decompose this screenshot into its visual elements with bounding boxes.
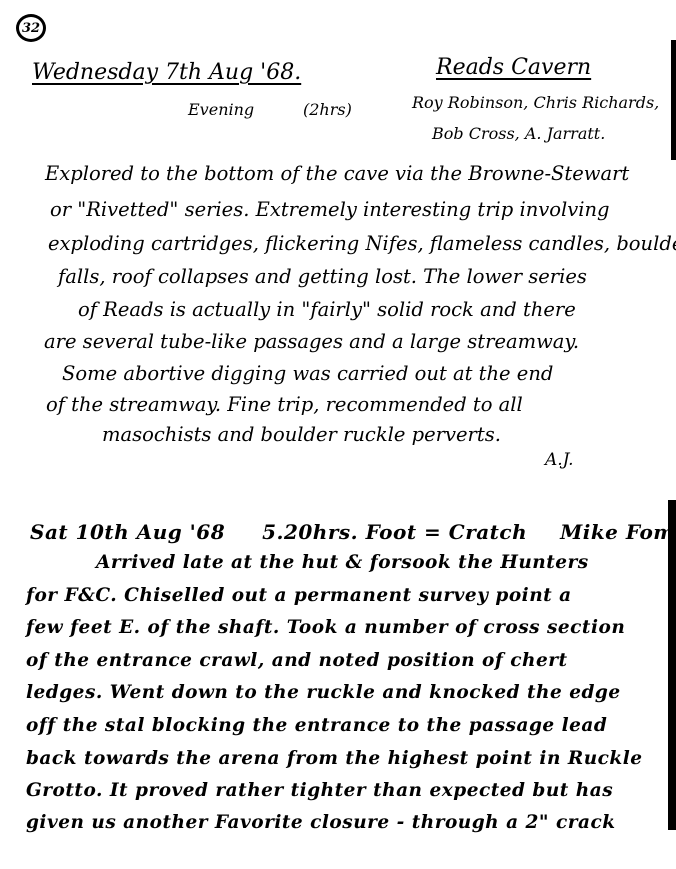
scan-edge — [668, 500, 676, 830]
cave-name: Reads Cavern — [436, 55, 591, 80]
text-line: Some abortive digging was carried out at… — [62, 362, 553, 385]
entry-duration: 5.20hrs. — [262, 520, 358, 544]
entry-duration: (2hrs) — [303, 100, 352, 119]
text-line: Explored to the bottom of the cave via t… — [45, 162, 629, 185]
text-line: given us another Favorite closure - thro… — [26, 812, 616, 833]
text-line: Arrived late at the hut & forsook the Hu… — [96, 552, 589, 573]
entry-date: Wednesday 7th Aug '68. — [32, 60, 301, 85]
entry-header: Sat 10th Aug '68 5.20hrs. Foot = Cratch … — [30, 520, 676, 544]
party-members: Bob Cross, A. Jarratt. — [432, 124, 605, 143]
signature: A.J. — [545, 450, 574, 470]
text-line: are several tube-like passages and a lar… — [44, 330, 579, 353]
text-line: Grotto. It proved rather tighter than ex… — [26, 780, 613, 801]
text-line: exploding cartridges, flickering Nifes, … — [48, 232, 676, 255]
text-line: of the streamway. Fine trip, recommended… — [46, 393, 523, 416]
page-number: 32 — [16, 14, 46, 42]
text-line: off the stal blocking the entrance to th… — [26, 715, 607, 736]
entry-time: Evening — [188, 100, 254, 119]
text-line: of the entrance crawl, and noted positio… — [26, 650, 568, 671]
text-line: back towards the arena from the highest … — [26, 748, 643, 769]
text-line: for F&C. Chiselled out a permanent surve… — [26, 585, 572, 606]
party-members: Roy Robinson, Chris Richards, — [412, 93, 659, 112]
text-line: of Reads is actually in "fairly" solid r… — [78, 298, 576, 321]
entry-date: Sat 10th Aug '68 — [30, 520, 225, 544]
scan-edge — [671, 40, 676, 160]
text-line: masochists and boulder ruckle perverts. — [102, 423, 501, 446]
cave-name: Foot = Cratch — [366, 520, 528, 544]
text-line: ledges. Went down to the ruckle and knoc… — [26, 682, 621, 703]
text-line: or "Rivetted" series. Extremely interest… — [50, 198, 610, 221]
text-line: falls, roof collapses and getting lost. … — [58, 265, 587, 288]
text-line: few feet E. of the shaft. Took a number … — [26, 617, 625, 638]
party-members: Mike Foman — [560, 520, 676, 544]
